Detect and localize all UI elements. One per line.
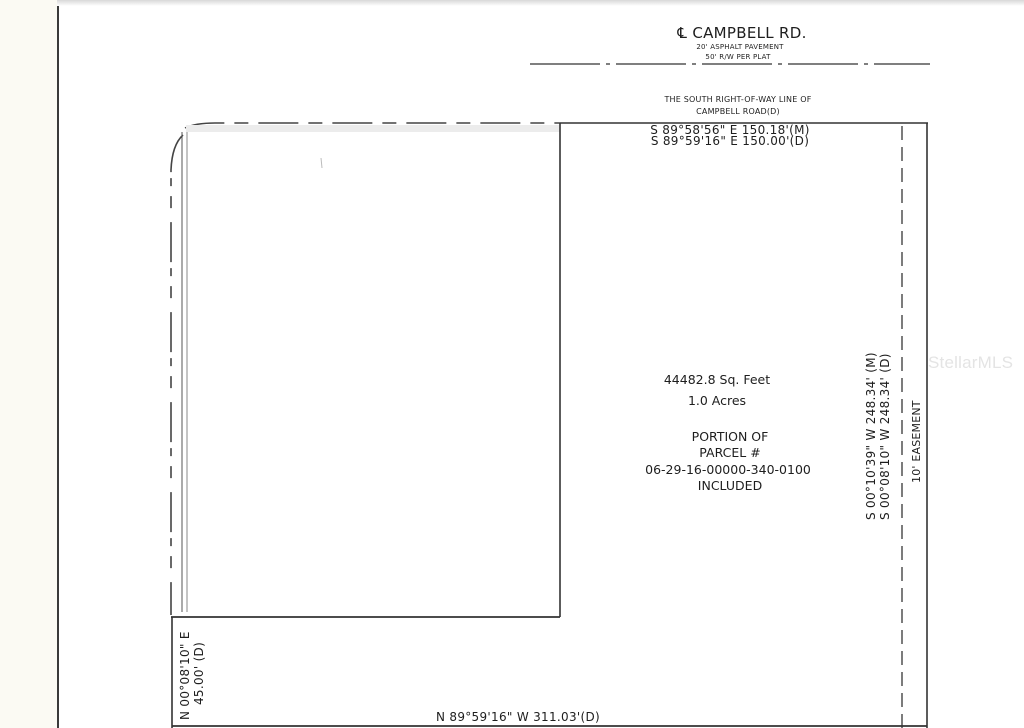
parcel-number: 06-29-16-00000-340-0100: [645, 462, 811, 478]
excluded-parcel-block: [188, 132, 560, 617]
west-bearing: N 00°08'10" E: [180, 631, 190, 720]
watermark-logo: StellarMLS: [928, 353, 1013, 373]
portion-of-label: PORTION OF: [692, 429, 769, 445]
road-pavement-note: 20' ASPHALT PAVEMENT: [696, 43, 783, 51]
parcel-label: PARCEL #: [699, 445, 760, 461]
road-row-note: 50' R/W PER PLAT: [705, 53, 770, 61]
right-of-way-label-1: THE SOUTH RIGHT-OF-WAY LINE OF: [664, 95, 811, 104]
easement-label: 10' EASEMENT: [910, 400, 923, 483]
included-label: INCLUDED: [698, 478, 762, 494]
right-of-way-label-2: CAMPBELL ROAD(D): [696, 107, 780, 116]
centerline-symbol: ℄: [677, 24, 687, 42]
south-bearing: N 89°59'16" W 311.03'(D): [436, 712, 600, 722]
north-bearing-deed: S 89°59'16" E 150.00'(D): [651, 136, 809, 146]
road-name: ℄ CAMPBELL RD.: [677, 24, 806, 42]
west-distance: 45.00' (D): [194, 642, 204, 705]
area-square-feet: 44482.8 Sq. Feet: [664, 369, 770, 390]
area-acres: 1.0 Acres: [688, 390, 746, 411]
east-bearing-deed: S 00°08'10" W 248.34' (D): [880, 353, 890, 520]
west-dashed-line: [171, 135, 183, 615]
east-bearing-measured: S 00°10'39" W 248.34' (M): [866, 352, 876, 520]
